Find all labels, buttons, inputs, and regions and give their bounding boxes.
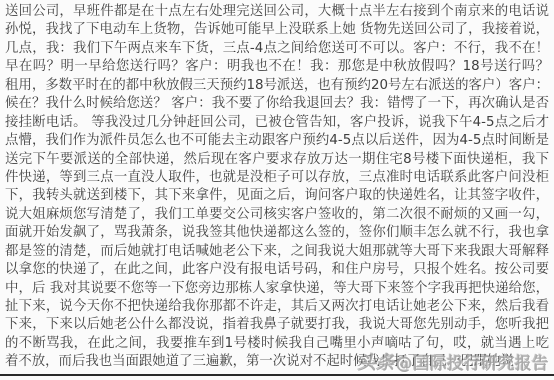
text-line: 几点，我：我们下午两点来车下货，三点-4点之间给您送可不可以。客户：不行，我不在… xyxy=(5,40,549,58)
text-line: 接挂断电话。 等我没过几分钟赶回公司，已被仓管告知，客户投诉，说我下午4-5点之… xyxy=(5,114,549,132)
text-line: 件快递，等到三点一直没人取件，也就是没柜子可以存放，三点准时电话联系此客户问没柜… xyxy=(5,169,549,187)
bottom-divider xyxy=(0,374,554,376)
text-line: 早在吗？明一早给您送行吗？客户：明我也不在！我：那您是中秋放假吗？18号送行吗？… xyxy=(5,58,549,76)
text-line: 候在？我什么时候给您送？ 客户：我不要了你给我退回去？我：错愕了一下，再次确认是… xyxy=(5,95,549,113)
text-line: 送完下午要派送的全部快递，然后现在客户要求存放万达一期住宅8号楼下面快递柜，我下… xyxy=(5,151,549,169)
watermark: 头条@国际投行研究报告 xyxy=(358,349,549,375)
watermark-handle: @国际投行研究报告 xyxy=(396,354,549,373)
text-line: 下，我转头就送到楼下，其下来拿件，见面之后，询问客户取的快递姓名，让其签字收件，… xyxy=(5,187,549,205)
text-line: 租用，多数平时在的都中秋放假三天预约18号派送，也有预约20号左右派送的客户）客… xyxy=(5,77,549,95)
text-line: 扯下来，说今天你不把快递给我你那都不许走，其后又两次打电话让她老公下来，然后我看… xyxy=(5,298,549,316)
text-line: 送回公司，早班件都是在十点左右处理完送回公司，大概十点半左右接到个南京来的电话说… xyxy=(5,3,549,21)
article-text: 送回公司，早班件都是在十点左右处理完送回公司，大概十点半左右接到个南京来的电话说… xyxy=(5,3,549,372)
text-line: 中，后 我对其说要不您等一下您旁边那栋人家拿快递，等大哥下来签个字我再把快递给您… xyxy=(5,280,549,298)
text-line: 都是签的清楚，而后她就打电话喊她老公下来，之间我说大姐那就等大哥下来我跟大哥解释… xyxy=(5,243,549,261)
article-page: 送回公司，早班件都是在十点左右处理完送回公司，大概十点半左右接到个南京来的电话说… xyxy=(0,0,554,380)
text-line: 面就开始发飙了，骂我萧条，说我签其他快递都这么签的，签你们顺丰怎么就不行，我也拿… xyxy=(5,224,549,242)
text-line: 孙悦，我找了下电动车上货物，告诉她可能早上没联系上她 货物先送回公司了，我接着说… xyxy=(5,21,549,39)
toutiao-logo-icon: 头条 xyxy=(358,353,395,374)
text-line: 说大姐麻烦您写清楚了，我们工单要交公司核实客户签收的，第二次很不耐烦的又画一勾，… xyxy=(5,206,549,224)
text-line: 以拿您的快递了，在此之间，此客户没有报电话号码，和住户房号，只报个姓名。按公司要… xyxy=(5,261,549,279)
text-line: 点懵，我们作为派件员怎么也不可能去主动跟客户预约4-5点以后送件，因为4-5点时… xyxy=(5,132,549,150)
text-line: 下来，下来以后她老公什么都没说，指着我鼻子就要打我，我说大哥您先别动手，您听我把… xyxy=(5,316,549,334)
